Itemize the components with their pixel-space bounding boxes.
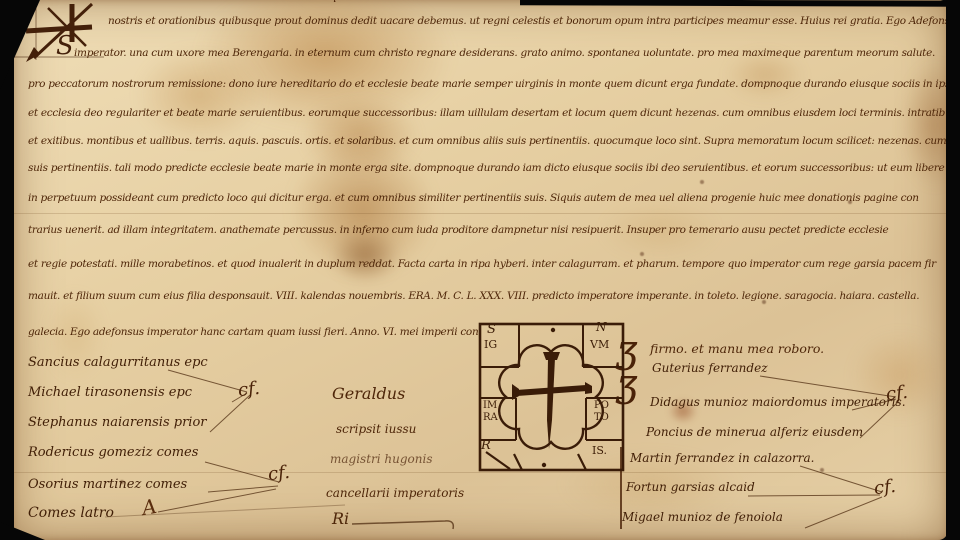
- manuscript-photo: S quibus diuina clemencia annuente nemin…: [0, 0, 960, 540]
- photo-edge: [946, 0, 960, 540]
- confirmation-lines: [0, 0, 960, 540]
